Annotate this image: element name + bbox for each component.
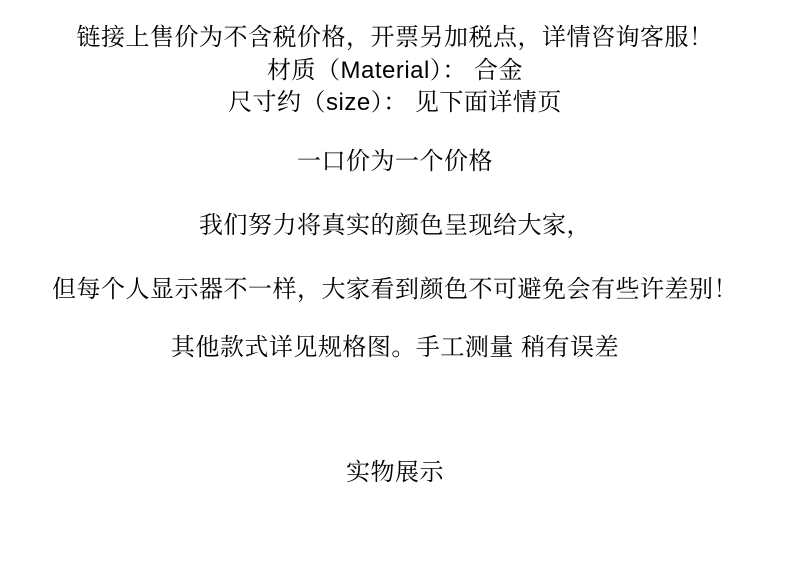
monitor-color-disclaimer-text: 但每个人显示器不一样，大家看到颜色不可避免会有些许差别！ [0,274,790,306]
manual-measurement-note-text: 其他款式详见规格图。手工测量 稍有误差 [0,332,790,364]
size-spec-text: 尺寸约（size）： 见下面详情页 [0,87,790,119]
material-spec-text: 材质（Material）： 合金 [0,55,790,87]
fixed-price-notice-text: 一口价为一个价格 [0,146,790,178]
showcase-heading-text: 实物展示 [0,457,790,489]
tax-notice-text: 链接上售价为不含税价格，开票另加税点，详情咨询客服！ [0,22,790,54]
product-description-page: 链接上售价为不含税价格，开票另加税点，详情咨询客服！ 材质（Material）：… [0,0,790,572]
color-accuracy-statement-text: 我们努力将真实的颜色呈现给大家， [0,210,790,242]
